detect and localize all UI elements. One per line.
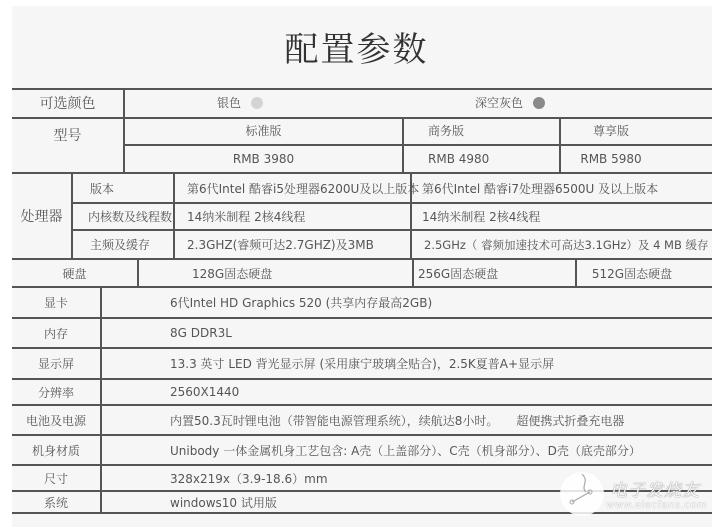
- watermark: 电子发烧友 www.elecfans.com: [560, 470, 710, 520]
- edition-premium-price: RMB 5980: [561, 146, 661, 172]
- display-label: 显示屏: [12, 349, 100, 378]
- page-title: 配置参数: [0, 22, 713, 71]
- model-label: 型号: [12, 117, 123, 153]
- processor-cores-pro: 14纳米制程 2核4线程: [422, 204, 710, 229]
- body-material-value: Unibody 一体金属机身工艺包含: A壳（上盖部分）、C壳（机身部分）、D壳…: [170, 436, 700, 464]
- battery-label: 电池及电源: [12, 406, 100, 434]
- battery-value: 内置50.3瓦时锂电池（带智能电源管理系统），续航达8小时。 超便携式折叠充电器: [170, 406, 700, 434]
- dimensions-value: 328x219x（3.9-18.6）mm: [170, 466, 570, 490]
- edition-premium-name: 尊享版: [561, 117, 661, 144]
- watermark-text: 电子发烧友: [610, 476, 700, 501]
- battery-text: 内置50.3瓦时锂电池（带智能电源管理系统），续航达8小时。: [170, 412, 498, 429]
- processor-version-pro: 第6代Intel 酷睿i7处理器6500U 及以上版本: [422, 174, 710, 202]
- divider: [137, 258, 139, 288]
- color-name: 深空灰色: [475, 94, 523, 111]
- storage-512: 512G固态硬盘: [577, 260, 687, 286]
- display-value: 13.3 英寸 LED 背光显示屏 (采用康宁玻璃全贴合)，2.5K夏普A+显示…: [170, 349, 700, 378]
- body-material-label: 机身材质: [12, 436, 100, 464]
- divider: [402, 117, 404, 174]
- gpu-label: 显卡: [12, 288, 100, 317]
- resolution-value: 2560X1440: [170, 380, 700, 404]
- charger-text: 超便携式折叠充电器: [516, 412, 624, 429]
- processor-freq-std: 2.3GHZ(睿频可达2.7GHZ)及3MB: [187, 231, 409, 258]
- divider: [100, 286, 102, 514]
- color-option-silver: 银色: [125, 88, 355, 117]
- divider: [412, 258, 414, 288]
- edition-business-name: 商务版: [428, 117, 558, 144]
- processor-cores-label: 内核数及线程数: [88, 204, 172, 229]
- processor-label: 处理器: [12, 174, 71, 258]
- gpu-value: 6代Intel HD Graphics 520 (共享内存最高2GB): [170, 288, 700, 317]
- dimensions-label: 尺寸: [12, 466, 100, 490]
- watermark-url: www.elecfans.com: [606, 500, 707, 511]
- processor-freq-label: 主频及缓存: [90, 231, 172, 258]
- processor-freq-pro: 2.5GHz（ 睿频加速技术可高达3.1GHz）及 4 MB 缓存: [424, 231, 712, 258]
- storage-256: 256G固态硬盘: [418, 260, 575, 286]
- color-option-space-gray: 深空灰色: [420, 88, 600, 117]
- os-value: windows10 试用版: [170, 492, 570, 512]
- color-name: 银色: [217, 94, 241, 111]
- processor-version-std: 第6代Intel 酷睿i5处理器6200U及以上版本: [187, 174, 409, 202]
- storage-label: 硬盘: [12, 260, 137, 286]
- resolution-label: 分辨率: [12, 380, 100, 404]
- edition-business-price: RMB 4980: [428, 146, 558, 172]
- processor-cores-std: 14纳米制程 2核4线程: [187, 204, 409, 229]
- silver-swatch-icon: [251, 97, 263, 109]
- edition-standard-name: 标准版: [125, 117, 402, 144]
- space-gray-swatch-icon: [533, 97, 545, 109]
- storage-128: 128G固态硬盘: [192, 260, 412, 286]
- elecfans-logo-icon: [560, 472, 604, 516]
- colors-label: 可选颜色: [12, 88, 123, 117]
- divider: [71, 172, 73, 258]
- memory-label: 内存: [12, 319, 100, 347]
- edition-standard-price: RMB 3980: [125, 146, 402, 172]
- divider: [173, 172, 175, 258]
- os-label: 系统: [12, 492, 100, 512]
- processor-version-label: 版本: [90, 174, 172, 202]
- memory-value: 8G DDR3L: [170, 319, 700, 347]
